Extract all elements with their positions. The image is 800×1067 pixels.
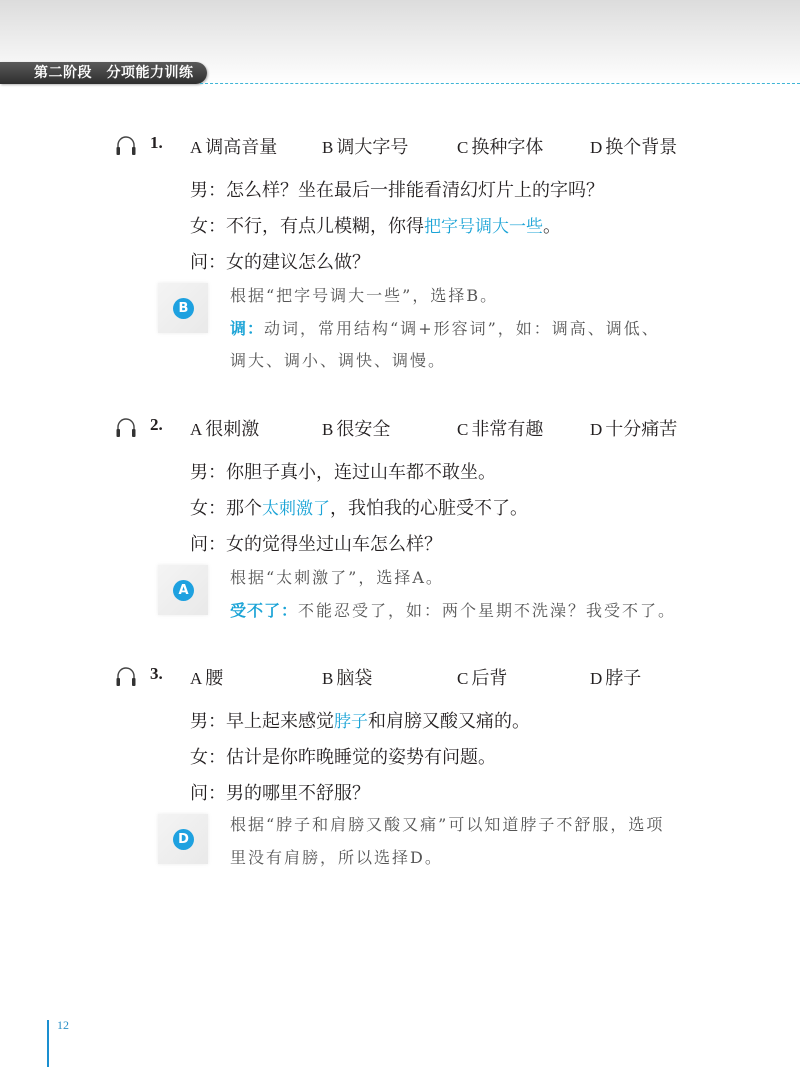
option-letter: D	[590, 420, 602, 439]
dialogue-woman: 女：不行，有点儿模糊，你得把字号调大一些。	[190, 212, 561, 238]
dialogue-question: 问：女的建议怎么做？	[190, 248, 370, 274]
dialogue-text: ，我怕我的心脏受不了。	[330, 498, 528, 519]
answer-letter: B	[173, 298, 194, 319]
highlighted-phrase: 脖子	[334, 712, 368, 732]
dialogue-text: 和肩膀又酸又痛的。	[368, 711, 530, 732]
dialogue-question: 问：女的觉得坐过山车怎么样？	[190, 530, 442, 556]
page-number: 12	[57, 1018, 69, 1033]
section-title: 第二阶段 分项能力训练	[0, 62, 207, 84]
option-text: 换个背景	[605, 137, 677, 158]
speaker-label: 男：	[190, 462, 226, 483]
explanation-line: 里没有肩膀，所以选择D。	[230, 845, 443, 868]
speaker-label: 女：	[190, 747, 226, 768]
question-number: 1.	[150, 133, 163, 153]
explanation-line: 根据“把字号调大一些”，选择B。	[230, 283, 498, 306]
dialogue-woman: 女：那个太刺激了，我怕我的心脏受不了。	[190, 494, 528, 520]
speaker-label: 问：	[190, 783, 226, 804]
option-text: 调大字号	[336, 137, 408, 158]
option-text: 十分痛苦	[605, 419, 677, 440]
option-letter: C	[457, 420, 468, 439]
answer-badge: D	[158, 814, 208, 864]
dialogue-text: 怎么样？坐在最后一排能看清幻灯片上的字吗？	[226, 180, 604, 201]
option-letter: C	[457, 669, 468, 688]
question-number: 3.	[150, 664, 163, 684]
question-options-row: 1. A调高音量 B调大字号 C换种字体 D换个背景	[0, 131, 800, 161]
question-number: 2.	[150, 415, 163, 435]
speaker-label: 女：	[190, 216, 226, 237]
option-d[interactable]: D十分痛苦	[590, 415, 677, 441]
highlighted-phrase: 把字号调大一些	[424, 217, 543, 237]
dialogue-text: 。	[543, 216, 561, 237]
option-b[interactable]: B很安全	[322, 415, 390, 441]
explanation-line: 受不了：不能忍受了，如：两个星期不洗澡？我受不了。	[230, 598, 676, 621]
option-text: 调高音量	[205, 137, 277, 158]
header-divider	[200, 83, 800, 84]
vocab-key: 受不了：	[230, 601, 298, 620]
answer-letter: D	[173, 829, 194, 850]
option-letter: A	[190, 420, 202, 439]
speaker-label: 男：	[190, 180, 226, 201]
explanation-text: 动词，常用结构“调+形容词”，如：调高、调低、	[264, 319, 660, 338]
question-options-row: 2. A很刺激 B很安全 C非常有趣 D十分痛苦	[0, 413, 800, 443]
question-options-row: 3. A腰 B脑袋 C后背 D脖子	[0, 662, 800, 692]
explanation-line: 调大、调小、调快、调慢。	[230, 348, 446, 371]
explanation-text: 不能忍受了，如：两个星期不洗澡？我受不了。	[298, 601, 676, 620]
option-c[interactable]: C非常有趣	[457, 415, 543, 441]
option-b[interactable]: B调大字号	[322, 133, 408, 159]
vocab-key: 调：	[230, 319, 264, 338]
option-b[interactable]: B脑袋	[322, 664, 372, 690]
answer-badge: B	[158, 283, 208, 333]
option-letter: D	[590, 138, 602, 157]
dialogue-man: 男：早上起来感觉脖子和肩膀又酸又痛的。	[190, 707, 530, 733]
dialogue-man: 男：怎么样？坐在最后一排能看清幻灯片上的字吗？	[190, 176, 604, 202]
option-d[interactable]: D换个背景	[590, 133, 677, 159]
option-letter: B	[322, 669, 333, 688]
option-letter: B	[322, 138, 333, 157]
option-letter: A	[190, 669, 202, 688]
option-text: 腰	[205, 668, 223, 689]
option-letter: D	[590, 669, 602, 688]
dialogue-text: 女的建议怎么做？	[226, 252, 370, 273]
explanation-line: 根据“脖子和肩膀又酸又痛”可以知道脖子不舒服，选项	[230, 812, 664, 835]
headphone-icon[interactable]	[114, 417, 138, 439]
dialogue-text: 估计是你昨晚睡觉的姿势有问题。	[226, 747, 496, 768]
answer-badge: A	[158, 565, 208, 615]
highlighted-phrase: 太刺激了	[262, 499, 330, 519]
option-a[interactable]: A很刺激	[190, 415, 259, 441]
option-text: 换种字体	[471, 137, 543, 158]
option-text: 非常有趣	[471, 419, 543, 440]
option-letter: A	[190, 138, 202, 157]
footer-bar	[47, 1020, 49, 1067]
option-letter: B	[322, 420, 333, 439]
option-text: 脑袋	[336, 668, 372, 689]
option-a[interactable]: A腰	[190, 664, 223, 690]
dialogue-text: 你胆子真小，连过山车都不敢坐。	[226, 462, 496, 483]
option-c[interactable]: C换种字体	[457, 133, 543, 159]
answer-letter: A	[173, 580, 194, 601]
dialogue-text: 不行，有点儿模糊，你得	[226, 216, 424, 237]
dialogue-question: 问：男的哪里不舒服？	[190, 779, 370, 805]
option-text: 后背	[471, 668, 507, 689]
speaker-label: 男：	[190, 711, 226, 732]
speaker-label: 问：	[190, 252, 226, 273]
option-d[interactable]: D脖子	[590, 664, 641, 690]
option-text: 脖子	[605, 668, 641, 689]
dialogue-text: 女的觉得坐过山车怎么样？	[226, 534, 442, 555]
dialogue-woman: 女：估计是你昨晚睡觉的姿势有问题。	[190, 743, 496, 769]
option-a[interactable]: A调高音量	[190, 133, 277, 159]
dialogue-text: 男的哪里不舒服？	[226, 783, 370, 804]
dialogue-text: 那个	[226, 498, 262, 519]
speaker-label: 问：	[190, 534, 226, 555]
option-c[interactable]: C后背	[457, 664, 507, 690]
option-text: 很安全	[336, 419, 390, 440]
explanation-line: 调：动词，常用结构“调+形容词”，如：调高、调低、	[230, 316, 660, 339]
option-text: 很刺激	[205, 419, 259, 440]
dialogue-man: 男：你胆子真小，连过山车都不敢坐。	[190, 458, 496, 484]
headphone-icon[interactable]	[114, 135, 138, 157]
option-letter: C	[457, 138, 468, 157]
headphone-icon[interactable]	[114, 666, 138, 688]
speaker-label: 女：	[190, 498, 226, 519]
dialogue-text: 早上起来感觉	[226, 711, 334, 732]
explanation-line: 根据“太刺激了”，选择A。	[230, 565, 444, 588]
